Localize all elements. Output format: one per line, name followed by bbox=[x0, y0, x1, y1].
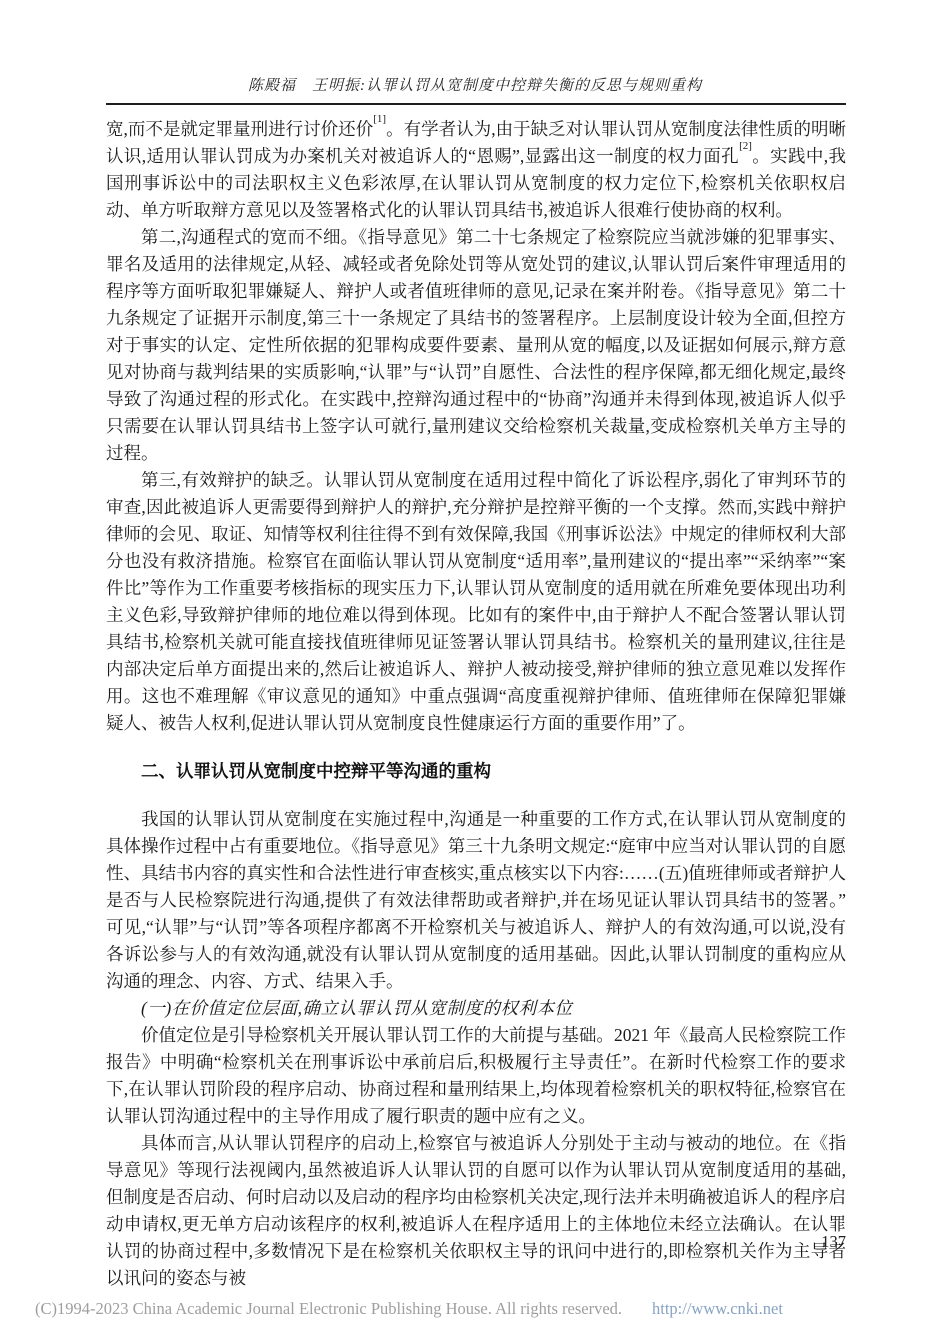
paragraph-second-point: 第二,沟通程式的宽而不细。《指导意见》第二十七条规定了检察院应当就涉嫌的犯罪事实… bbox=[106, 224, 846, 467]
footnote-ref-1: [1] bbox=[373, 113, 386, 125]
subsection-heading-1: (一)在价值定位层面,确立认罪认罚从宽制度的权利本位 bbox=[106, 995, 846, 1022]
footnote-ref-2: [2] bbox=[739, 140, 752, 152]
paragraph-section-intro: 我国的认罪认罚从宽制度在实施过程中,沟通是一种重要的工作方式,在认罪认罚从宽制度… bbox=[106, 806, 846, 995]
footer: (C)1994-2023 China Academic Journal Elec… bbox=[35, 1299, 915, 1319]
cnki-url-link[interactable]: http://www.cnki.net bbox=[652, 1299, 783, 1318]
header-rule bbox=[106, 103, 846, 105]
paragraph-text: 宽,而不是就定罪量刑进行讨价还价 bbox=[106, 119, 373, 139]
journal-page: 陈殿福 王明振:认罪认罚从宽制度中控辩失衡的反思与规则重构 宽,而不是就定罪量刑… bbox=[0, 0, 950, 1344]
page-number: 137 bbox=[106, 1232, 846, 1252]
paragraph-third-point: 第三,有效辩护的缺乏。认罪认罚从宽制度在适用过程中简化了诉讼程序,弱化了审判环节… bbox=[106, 467, 846, 737]
paragraph-continuation: 宽,而不是就定罪量刑进行讨价还价[1]。有学者认为,由于缺乏对认罪认罚从宽制度法… bbox=[106, 116, 846, 224]
running-header-title: 陈殿福 王明振:认罪认罚从宽制度中控辩失衡的反思与规则重构 bbox=[0, 74, 950, 95]
copyright-text: (C)1994-2023 China Academic Journal Elec… bbox=[35, 1299, 622, 1318]
article-body: 宽,而不是就定罪量刑进行讨价还价[1]。有学者认为,由于缺乏对认罪认罚从宽制度法… bbox=[106, 116, 846, 1292]
paragraph-procedure-initiation: 具体而言,从认罪认罚程序的启动上,检察官与被追诉人分别处于主动与被动的地位。在《… bbox=[106, 1130, 846, 1292]
paragraph-value-positioning: 价值定位是引导检察机关开展认罪认罚工作的大前提与基础。2021 年《最高人民检察… bbox=[106, 1022, 846, 1130]
section-heading-2: 二、认罪认罚从宽制度中控辩平等沟通的重构 bbox=[106, 758, 846, 785]
